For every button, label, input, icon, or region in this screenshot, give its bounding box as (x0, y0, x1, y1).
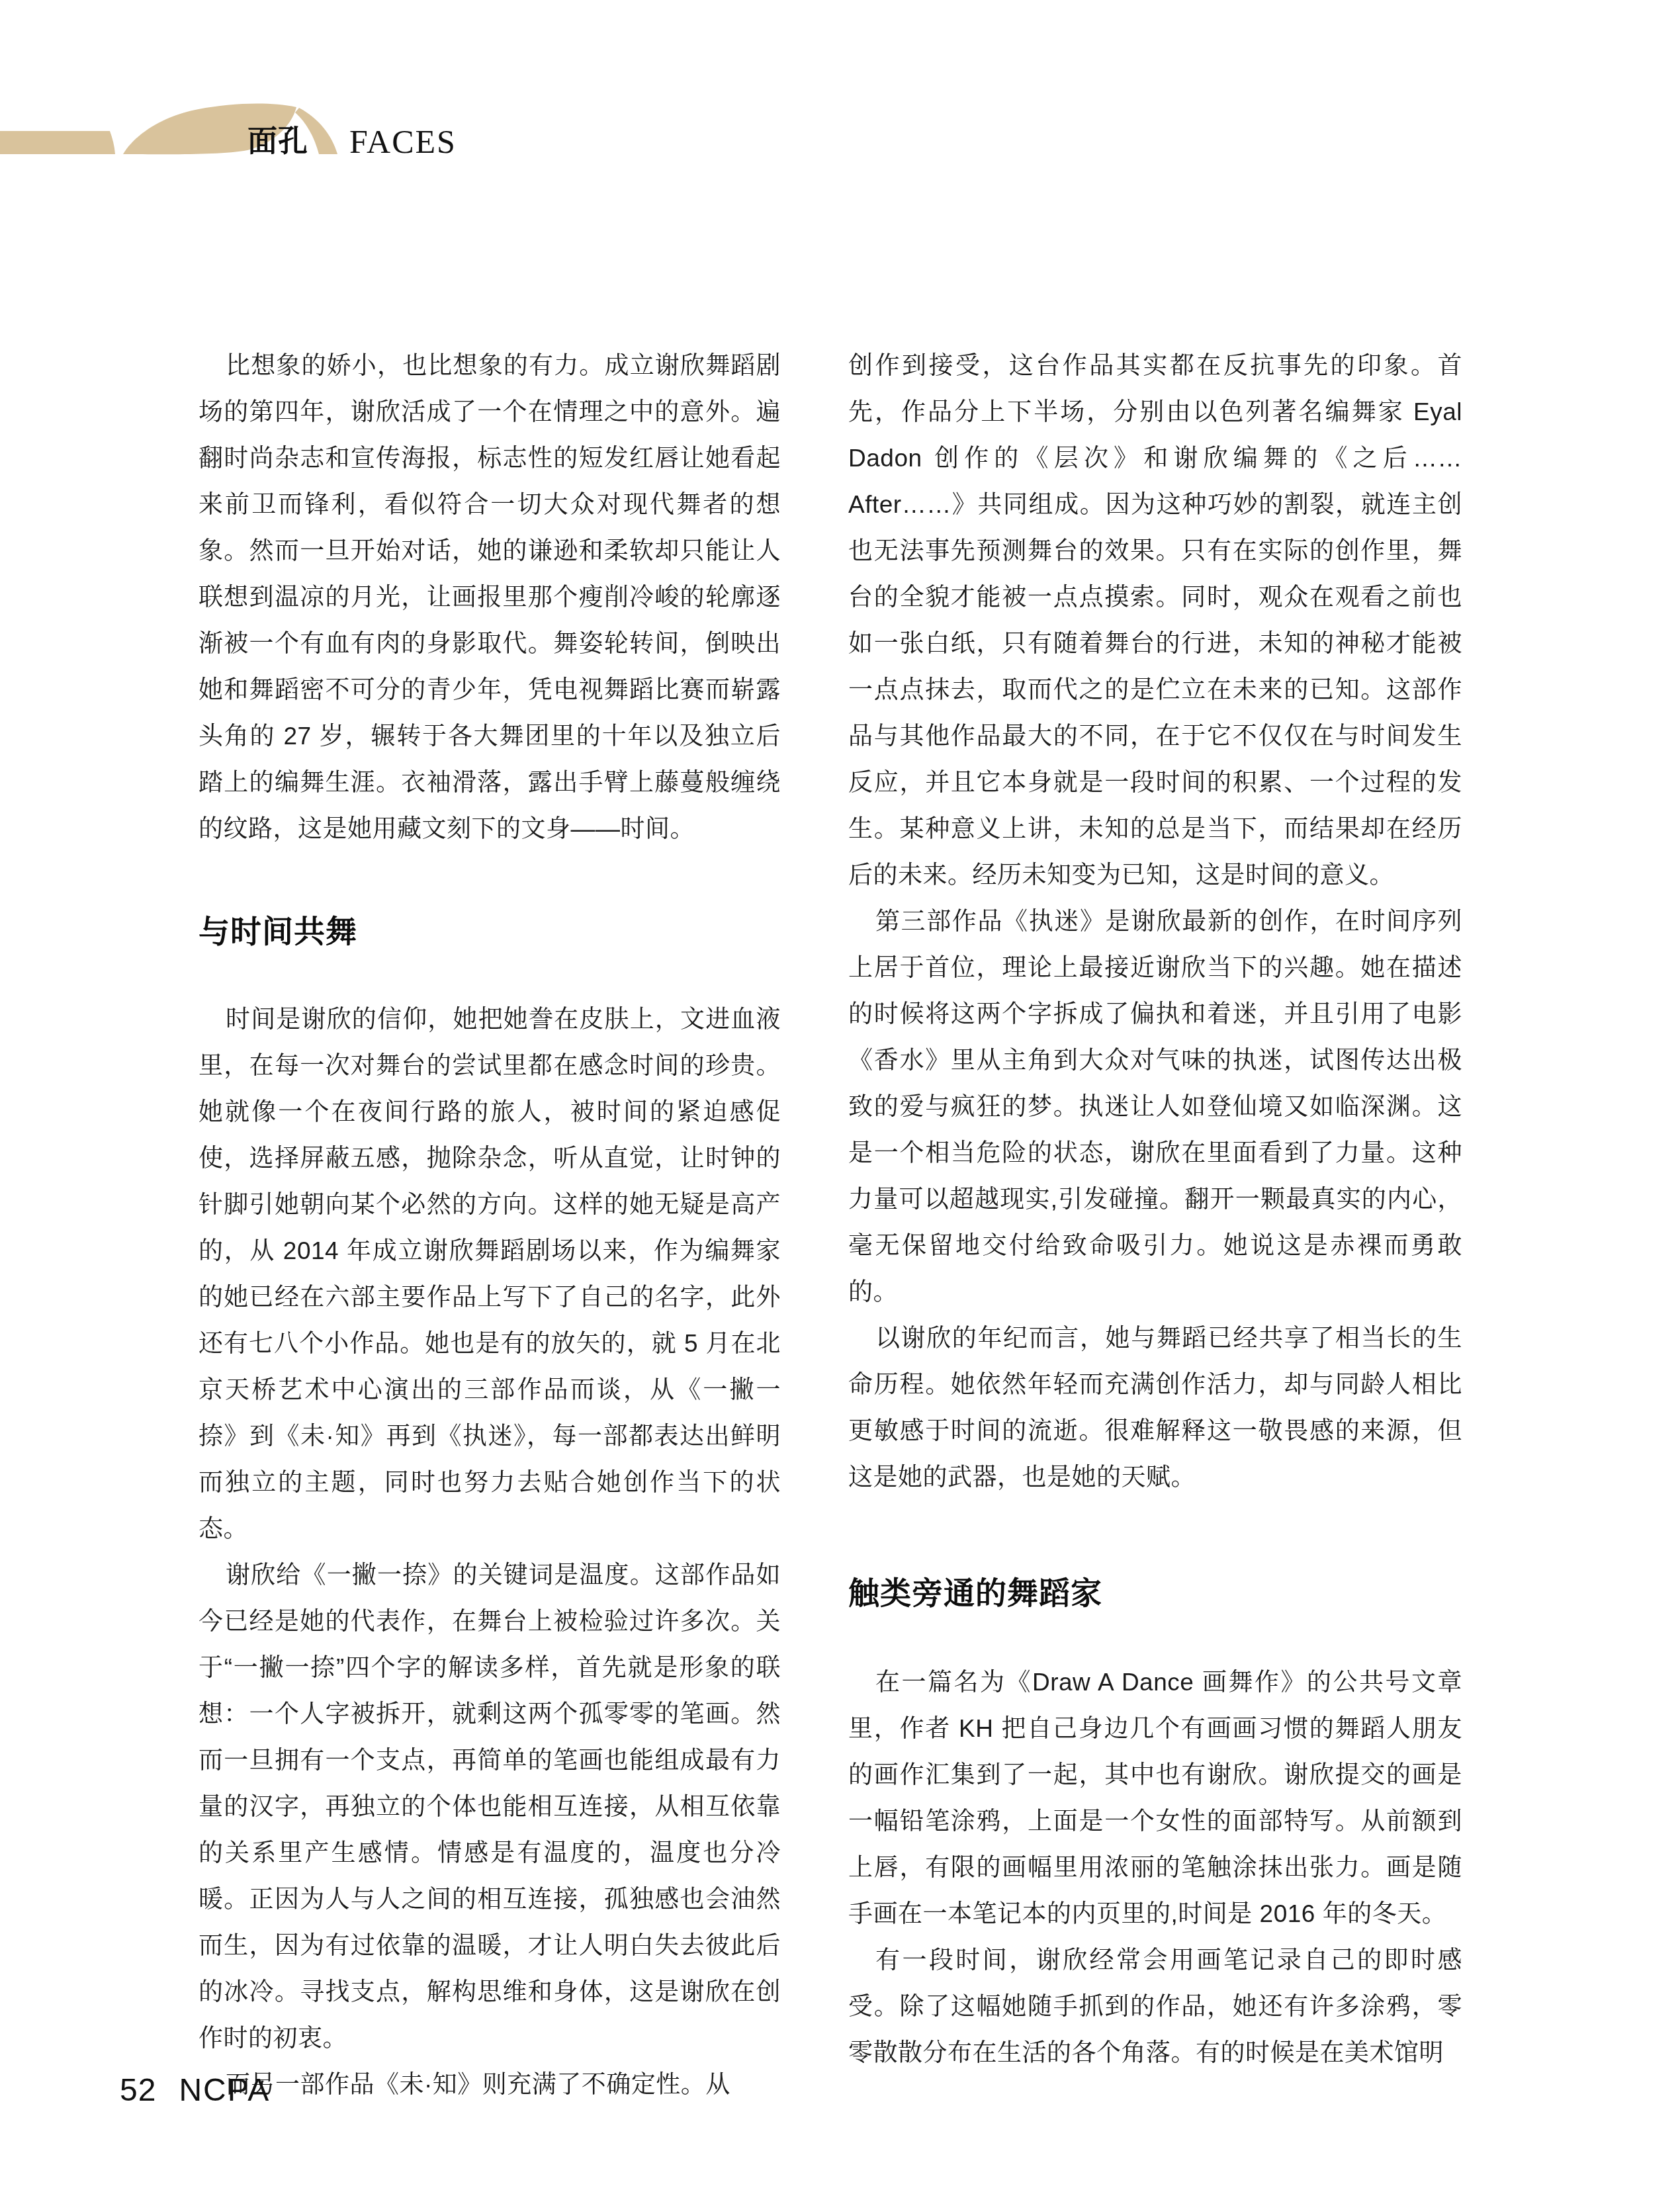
paragraph-yipie-yina: 谢欣给《一撇一捺》的关键词是温度。这部作品如今已经是她的代表作，在舞台上被检验过… (199, 1552, 781, 2062)
paragraph-sketches: 有一段时间，谢欣经常会用画笔记录自己的即时感受。除了这幅她随手抓到的作品，她还有… (848, 1937, 1462, 2076)
paragraph-age-and-dance: 以谢欣的年纪而言，她与舞蹈已经共享了相当长的生命历程。她依然年轻而充满创作活力，… (848, 1315, 1462, 1501)
magazine-brand: NCPA (179, 2073, 270, 2108)
paragraph-weizhi-continued: 创作到接受，这台作品其实都在反抗事先的印象。首先，作品分上下半场，分别由以色列著… (848, 343, 1462, 898)
page-footer: 52NCPA (120, 2075, 270, 2107)
section-title-en: FACES (349, 125, 457, 158)
paragraph-zhimi: 第三部作品《执迷》是谢欣最新的创作，在时间序列上居于首位，理论上最接近谢欣当下的… (848, 898, 1462, 1315)
magazine-page: 面孔 FACES 比想象的娇小，也比想象的有力。成立谢欣舞蹈剧场的第四年，谢欣活… (0, 0, 1680, 2188)
paragraph-weizhi-lead: 而另一部作品《未·知》则充满了不确定性。从 (199, 2062, 781, 2108)
header-bar-shape (0, 131, 115, 154)
section-heading-dance-with-time: 与时间共舞 (199, 908, 781, 955)
article-column-left: 比想象的娇小，也比想象的有力。成立谢欣舞蹈剧场的第四年，谢欣活成了一个在情理之中… (199, 343, 781, 2108)
section-heading-versatile-dancer: 触类旁通的舞蹈家 (848, 1570, 1462, 1616)
section-title-zh: 面孔 (247, 126, 308, 156)
paragraph-draw-a-dance: 在一篇名为《Draw A Dance 画舞作》的公共号文章里，作者 KH 把自己… (848, 1659, 1462, 1937)
page-number: 52 (120, 2073, 156, 2108)
paragraph-intro: 比想象的娇小，也比想象的有力。成立谢欣舞蹈剧场的第四年，谢欣活成了一个在情理之中… (199, 343, 781, 852)
article-column-right: 创作到接受，这台作品其实都在反抗事先的印象。首先，作品分上下半场，分别由以色列著… (848, 343, 1462, 2076)
paragraph-time-belief: 时间是谢欣的信仰，她把她誊在皮肤上，文进血液里，在每一次对舞台的尝试里都在感念时… (199, 996, 781, 1552)
